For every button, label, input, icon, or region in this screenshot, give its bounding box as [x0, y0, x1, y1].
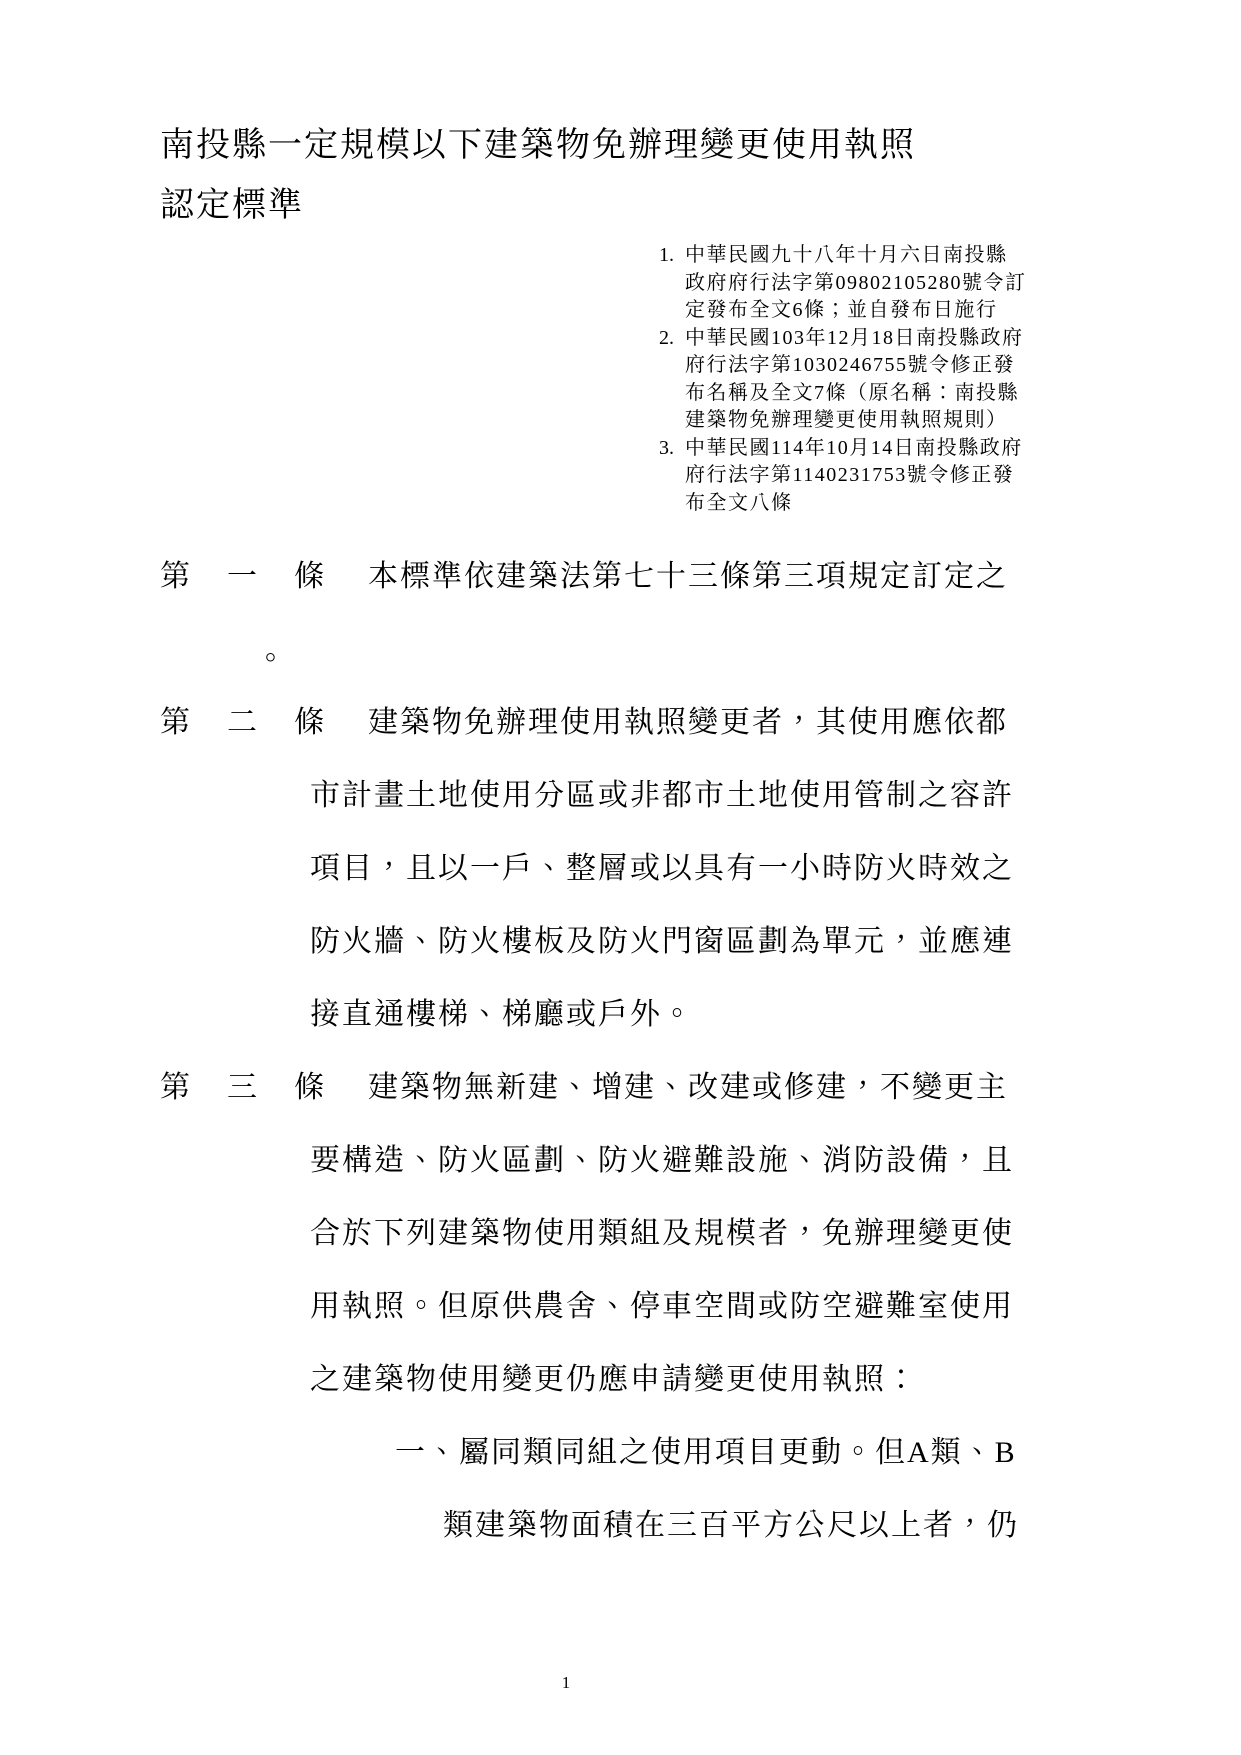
- amendment-item-2-text: 府行法字第1030246755號令修正發: [659, 352, 1027, 380]
- article-1-text: 。: [160, 613, 1019, 686]
- article-2-label-char: 條: [294, 686, 326, 759]
- article-3-text: 之建築物使用變更仍應申請變更使用執照：: [160, 1343, 1019, 1416]
- article-1-label-char: 條: [294, 540, 326, 613]
- article-1-label-char: 一: [227, 540, 259, 613]
- amendment-item-1: 1.中華民國九十八年十月六日南投縣: [659, 242, 1027, 270]
- amendment-item-1-text: 中華民國九十八年十月六日南投縣: [685, 244, 1008, 266]
- article-3-text: 要構造、防火區劃、防火避難設施、消防設備，且: [160, 1124, 1019, 1197]
- article-2-text: 市計畫土地使用分區或非都市土地使用管制之容許: [160, 759, 1019, 832]
- amendment-item-1-number: 1.: [659, 242, 685, 270]
- article-2-text: 接直通樓梯、梯廳或戶外。: [160, 978, 1019, 1051]
- page-number: 1: [160, 1671, 972, 1695]
- amendment-item-2-number: 2.: [659, 325, 685, 353]
- document-title-line-2: 認定標準: [160, 176, 916, 236]
- article-3-text: 合於下列建築物使用類組及規模者，免辦理變更使: [160, 1197, 1019, 1270]
- article-1-label-char: 第: [160, 540, 192, 613]
- amendment-item-1-text: 政府府行法字第09802105280號令訂: [659, 270, 1027, 298]
- amendment-item-2-text: 布名稱及全文7條（原名稱：南投縣: [659, 380, 1027, 408]
- articles-body: 第一條本標準依建築法第七十三條第三項規定訂定之 。 第二條建築物免辦理使用執照變…: [160, 540, 1019, 1562]
- article-3-subitem-1-text: 類建築物面積在三百平方公尺以上者，仍: [160, 1489, 1019, 1562]
- amendment-item-3-text: 中華民國114年10月14日南投縣政府: [685, 437, 1023, 459]
- amendment-item-2: 2.中華民國103年12月18日南投縣政府: [659, 325, 1027, 353]
- article-1-label: 第一條: [160, 560, 326, 593]
- article-2-first-line: 第二條建築物免辦理使用執照變更者，其使用應依都: [160, 686, 1019, 759]
- article-2-label-char: 二: [227, 686, 259, 759]
- amendment-history: 1.中華民國九十八年十月六日南投縣 政府府行法字第09802105280號令訂 …: [659, 242, 1027, 517]
- article-3-text: 用執照。但原供農舍、停車空間或防空避難室使用: [160, 1270, 1019, 1343]
- article-3-text: 建築物無新建、增建、改建或修建，不變更主: [368, 1071, 1008, 1104]
- article-3-label-char: 第: [160, 1051, 192, 1124]
- amendment-item-3-number: 3.: [659, 435, 685, 463]
- article-2-text: 項目，且以一戶、整層或以具有一小時防火時效之: [160, 832, 1019, 905]
- document-page: 南投縣一定規模以下建築物免辦理變更使用執照 認定標準 1.中華民國九十八年十月六…: [0, 0, 1241, 1755]
- amendment-item-3: 3.中華民國114年10月14日南投縣政府: [659, 435, 1027, 463]
- amendment-item-1-text: 定發布全文6條；並自發布日施行: [659, 297, 1027, 325]
- article-2-text: 防火牆、防火樓板及防火門窗區劃為單元，並應連: [160, 905, 1019, 978]
- article-3-label-char: 條: [294, 1051, 326, 1124]
- article-2-label-char: 第: [160, 686, 192, 759]
- article-3-label-char: 三: [227, 1051, 259, 1124]
- document-title: 南投縣一定規模以下建築物免辦理變更使用執照 認定標準: [160, 116, 916, 236]
- amendment-item-2-text: 中華民國103年12月18日南投縣政府: [685, 327, 1024, 349]
- amendment-item-3-text: 府行法字第1140231753號令修正發: [659, 462, 1027, 490]
- article-2-text: 建築物免辦理使用執照變更者，其使用應依都: [368, 706, 1008, 739]
- document-title-line-1: 南投縣一定規模以下建築物免辦理變更使用執照: [160, 116, 916, 176]
- article-3-label: 第三條: [160, 1071, 326, 1104]
- article-2-label: 第二條: [160, 706, 326, 739]
- article-3-first-line: 第三條建築物無新建、增建、改建或修建，不變更主: [160, 1051, 1019, 1124]
- article-1-first-line: 第一條本標準依建築法第七十三條第三項規定訂定之: [160, 540, 1019, 613]
- article-3-subitem-1-text: 一、屬同類同組之使用項目更動。但A類、B: [160, 1416, 1019, 1489]
- amendment-item-2-text: 建築物免辦理變更使用執照規則）: [659, 407, 1027, 435]
- amendment-item-3-text: 布全文八條: [659, 490, 1027, 518]
- article-1-text: 本標準依建築法第七十三條第三項規定訂定之: [368, 560, 1008, 593]
